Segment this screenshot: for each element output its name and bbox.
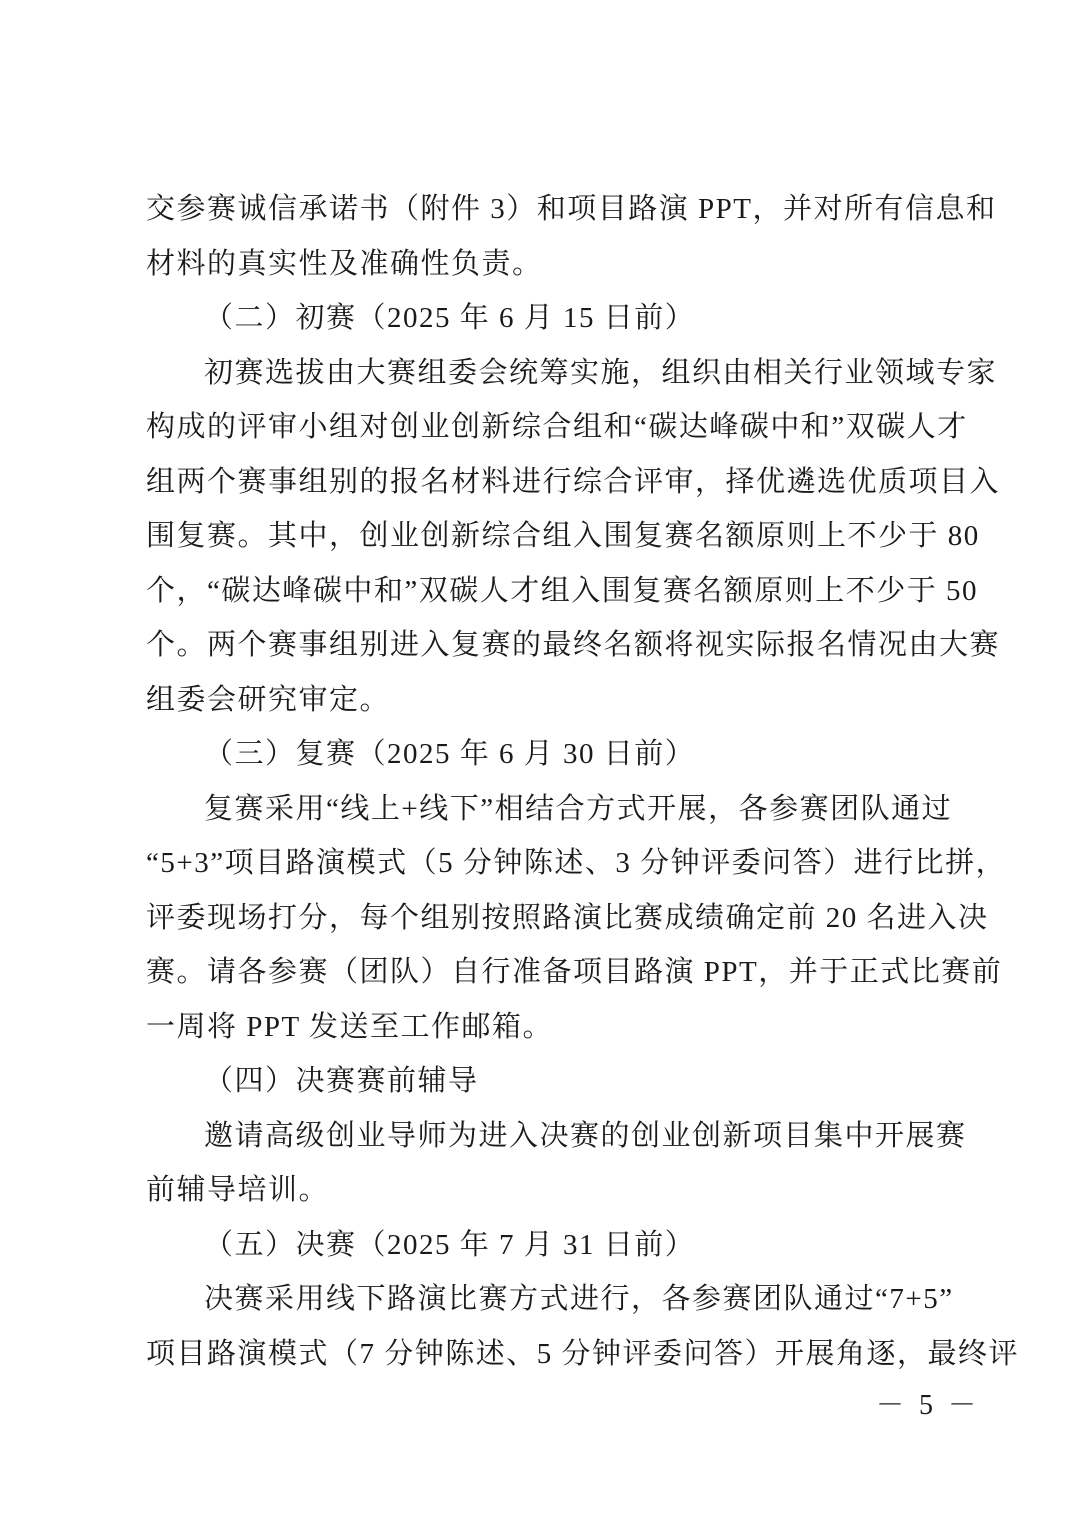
- paragraph-semifinal: 复赛采用“线上+线下”相结合方式开展，各参赛团队通过 “5+3”项目路演模式（5…: [146, 782, 942, 1055]
- section-heading-preliminary: （二）初赛（2025 年 6 月 15 日前）: [146, 291, 942, 346]
- text-line: 一周将 PPT 发送至工作邮箱。: [146, 1000, 942, 1055]
- text-line: 复赛采用“线上+线下”相结合方式开展，各参赛团队通过: [146, 782, 942, 837]
- text-line: 项目路演模式（7 分钟陈述、5 分钟评委问答）开展角逐，最终评: [146, 1327, 942, 1382]
- paragraph-final: 决赛采用线下路演比赛方式进行，各参赛团队通过“7+5” 项目路演模式（7 分钟陈…: [146, 1272, 942, 1381]
- text-line: 赛。请各参赛（团队）自行准备项目路演 PPT，并于正式比赛前: [146, 945, 942, 1000]
- text-line: 材料的真实性及准确性负责。: [146, 237, 942, 292]
- text-line: 邀请高级创业导师为进入决赛的创业创新项目集中开展赛: [146, 1109, 942, 1164]
- text-line: 组两个赛事组别的报名材料进行综合评审，择优遴选优质项目入: [146, 455, 942, 510]
- text-line: 构成的评审小组对创业创新综合组和“碳达峰碳中和”双碳人才: [146, 400, 942, 455]
- text-line: 评委现场打分，每个组别按照路演比赛成绩确定前 20 名进入决: [146, 891, 942, 946]
- paragraph-coaching: 邀请高级创业导师为进入决赛的创业创新项目集中开展赛 前辅导培训。: [146, 1109, 942, 1218]
- document-body: 交参赛诚信承诺书（附件 3）和项目路演 PPT，并对所有信息和 材料的真实性及准…: [146, 182, 942, 1381]
- document-page: 交参赛诚信承诺书（附件 3）和项目路演 PPT，并对所有信息和 材料的真实性及准…: [0, 0, 1074, 1520]
- text-line: 围复赛。其中，创业创新综合组入围复赛名额原则上不少于 80: [146, 509, 942, 564]
- section-heading-semifinal: （三）复赛（2025 年 6 月 30 日前）: [146, 727, 942, 782]
- text-line: 个。两个赛事组别进入复赛的最终名额将视实际报名情况由大赛: [146, 618, 942, 673]
- text-line: 交参赛诚信承诺书（附件 3）和项目路演 PPT，并对所有信息和: [146, 182, 942, 237]
- section-heading-final: （五）决赛（2025 年 7 月 31 日前）: [146, 1218, 942, 1273]
- text-line: 前辅导培训。: [146, 1163, 942, 1218]
- section-heading-coaching: （四）决赛赛前辅导: [146, 1054, 942, 1109]
- paragraph-continuation: 交参赛诚信承诺书（附件 3）和项目路演 PPT，并对所有信息和 材料的真实性及准…: [146, 182, 942, 291]
- page-number: － 5 －: [876, 1383, 980, 1423]
- text-line: “5+3”项目路演模式（5 分钟陈述、3 分钟评委问答）进行比拼，: [146, 836, 942, 891]
- text-line: 初赛选拔由大赛组委会统筹实施，组织由相关行业领域专家: [146, 346, 942, 401]
- paragraph-preliminary: 初赛选拔由大赛组委会统筹实施，组织由相关行业领域专家 构成的评审小组对创业创新综…: [146, 346, 942, 728]
- text-line: 决赛采用线下路演比赛方式进行，各参赛团队通过“7+5”: [146, 1272, 942, 1327]
- text-line: 组委会研究审定。: [146, 673, 942, 728]
- text-line: 个，“碳达峰碳中和”双碳人才组入围复赛名额原则上不少于 50: [146, 564, 942, 619]
